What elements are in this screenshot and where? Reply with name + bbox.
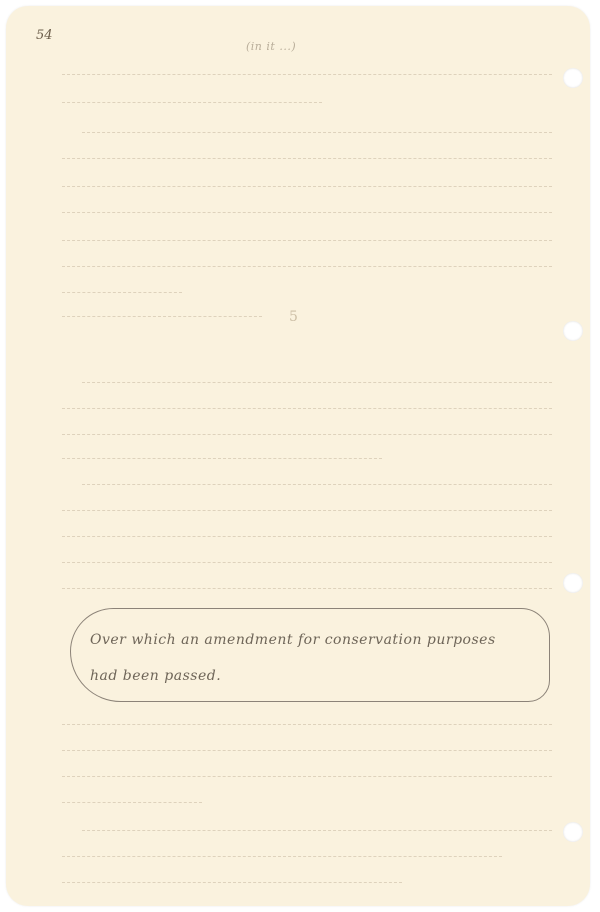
binder-hole-lower	[563, 573, 583, 593]
binder-hole-bottom	[563, 822, 583, 842]
margin-symbol: 5	[289, 309, 298, 325]
circled-annotation	[70, 608, 550, 702]
binder-hole-top	[563, 68, 583, 88]
document-page: 54 (in it ...) 5 Over which an amendment…	[6, 6, 590, 906]
annotation-line-2: had been passed.	[90, 668, 221, 684]
page-number: 54	[36, 28, 53, 43]
annotation-line-1: Over which an amendment for conservation…	[90, 632, 496, 648]
binder-hole-middle	[563, 321, 583, 341]
header-fragment: (in it ...)	[246, 40, 296, 53]
